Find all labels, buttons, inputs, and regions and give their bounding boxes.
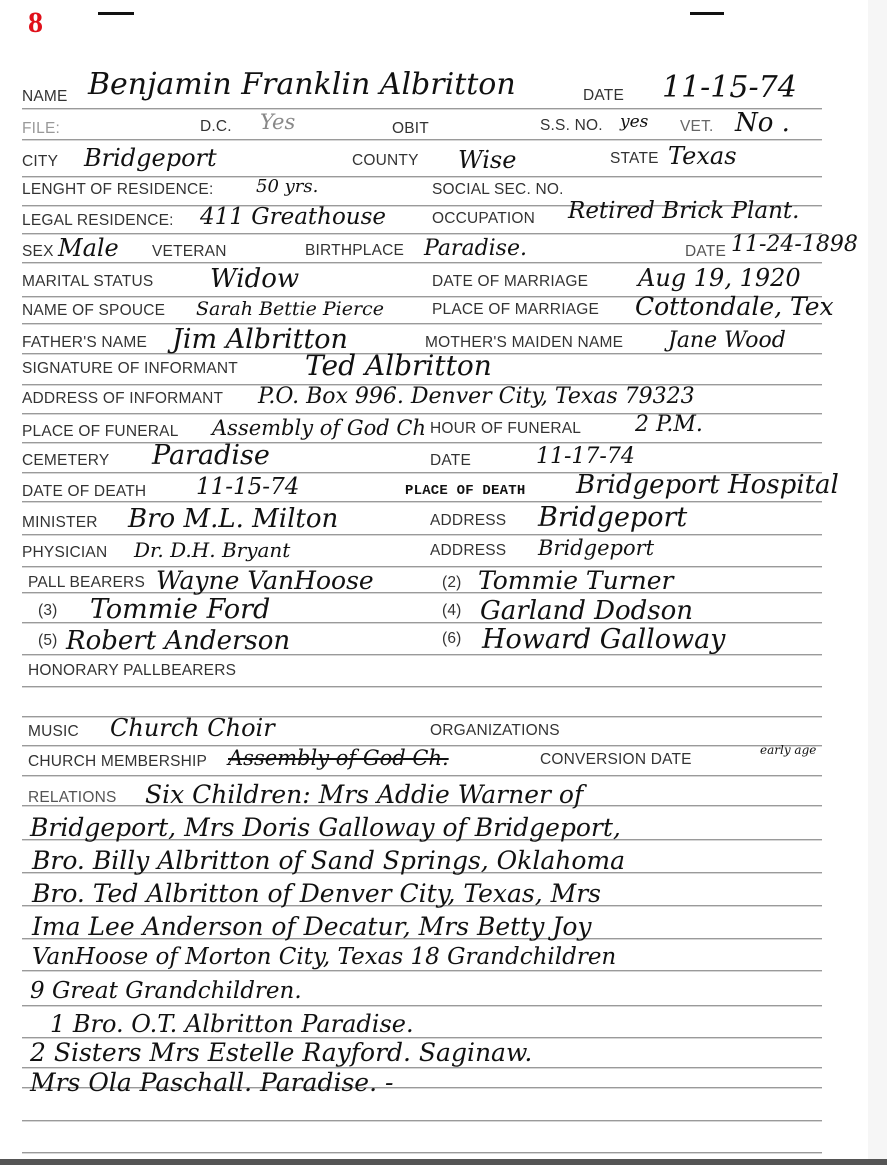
name-label: NAME bbox=[22, 88, 68, 106]
occupation-label: OCCUPATION bbox=[432, 210, 535, 228]
pall-bearer-2-num: (2) bbox=[442, 574, 462, 592]
hour-of-funeral-label: HOUR OF FUNERAL bbox=[430, 420, 581, 438]
place-of-funeral-value: Assembly of God Ch bbox=[212, 418, 426, 439]
city-value: Bridgeport bbox=[84, 146, 217, 170]
length-of-residence-value: 50 yrs. bbox=[256, 178, 318, 196]
relations-line: Bridgeport, Mrs Doris Galloway of Bridge… bbox=[30, 815, 621, 840]
relations-line: Six Children: Mrs Addie Warner of bbox=[145, 782, 583, 807]
scan-edge bbox=[868, 0, 887, 1165]
vet-value: No . bbox=[735, 110, 790, 136]
relations-line: 1 Bro. O.T. Albritton Paradise. bbox=[50, 1012, 414, 1036]
pall-bearer-6: Howard Galloway bbox=[482, 626, 725, 653]
place-of-death-value: Bridgeport Hospital bbox=[576, 472, 839, 498]
cemetery-label: CEMETERY bbox=[22, 452, 109, 470]
physician-label: PHYSICIAN bbox=[22, 544, 107, 562]
conversion-date-value: early age bbox=[760, 744, 816, 756]
scan-bottom-edge bbox=[0, 1159, 887, 1165]
sex-value: Male bbox=[58, 236, 119, 260]
date-of-marriage-label: DATE OF MARRIAGE bbox=[432, 273, 588, 291]
ss-no-value: yes bbox=[620, 114, 648, 131]
church-membership-value: Assembly of God Ch. bbox=[228, 748, 449, 769]
cemetery-date-label: DATE bbox=[430, 452, 471, 470]
conversion-date-label: CONVERSION DATE bbox=[540, 751, 692, 769]
physician-address-label: ADDRESS bbox=[430, 542, 506, 560]
obit-label: OBIT bbox=[392, 120, 429, 138]
date-of-death-value: 11-15-74 bbox=[196, 476, 299, 499]
vet-label: VET. bbox=[680, 118, 714, 136]
organizations-label: ORGANIZATIONS bbox=[430, 722, 560, 740]
place-of-death-label: PLACE OF DEATH bbox=[405, 483, 525, 499]
date-of-marriage-value: Aug 19, 1920 bbox=[638, 266, 801, 290]
length-of-residence-label: LENGHT OF RESIDENCE: bbox=[22, 181, 213, 199]
music-label: MUSIC bbox=[28, 723, 79, 741]
relations-line: Mrs Ola Paschall. Paradise. - bbox=[30, 1070, 393, 1095]
dc-value: Yes bbox=[260, 112, 295, 133]
fathers-name-label: FATHER'S NAME bbox=[22, 334, 147, 352]
pall-bearer-4-num: (4) bbox=[442, 602, 462, 620]
page-number: 8 bbox=[28, 6, 43, 40]
dc-label: D.C. bbox=[200, 118, 232, 136]
sex-label: SEX bbox=[22, 243, 54, 261]
date-value: 11-15-74 bbox=[662, 73, 797, 103]
honorary-pallbearers-label: HONORARY PALLBEARERS bbox=[28, 662, 236, 680]
relations-line: VanHoose of Morton City, Texas 18 Grandc… bbox=[32, 946, 616, 969]
registration-mark bbox=[98, 12, 134, 15]
veteran-label: VETERAN bbox=[152, 243, 227, 261]
pall-bearer-5-num: (5) bbox=[38, 632, 58, 650]
church-membership-label: CHURCH MEMBERSHIP bbox=[28, 753, 207, 771]
minister-label: MINISTER bbox=[22, 514, 98, 532]
pall-bearer-3-num: (3) bbox=[38, 602, 58, 620]
place-of-funeral-label: PLACE OF FUNERAL bbox=[22, 423, 179, 441]
city-label: CITY bbox=[22, 153, 58, 171]
relations-line: 2 Sisters Mrs Estelle Rayford. Saginaw. bbox=[30, 1040, 532, 1065]
pall-bearer-5: Robert Anderson bbox=[66, 628, 290, 654]
pall-bearer-1: Wayne VanHoose bbox=[156, 568, 374, 593]
relations-line: Bro. Billy Albritton of Sand Springs, Ok… bbox=[32, 848, 625, 873]
pall-bearer-4: Garland Dodson bbox=[480, 598, 693, 624]
signature-of-informant-value: Ted Albritton bbox=[305, 352, 492, 380]
marital-status-value: Widow bbox=[210, 266, 299, 292]
registration-mark bbox=[690, 12, 724, 15]
spouse-value: Sarah Bettie Pierce bbox=[196, 300, 384, 319]
legal-residence-label: LEGAL RESIDENCE: bbox=[22, 212, 174, 230]
birth-date-value: 11-24-1898 bbox=[731, 234, 858, 256]
date-label: DATE bbox=[583, 87, 624, 105]
physician-value: Dr. D.H. Bryant bbox=[134, 540, 290, 560]
occupation-value: Retired Brick Plant. bbox=[568, 200, 799, 223]
state-label: STATE bbox=[610, 150, 659, 168]
pall-bearer-2: Tommie Turner bbox=[478, 568, 674, 593]
place-of-marriage-label: PLACE OF MARRIAGE bbox=[432, 301, 599, 319]
file-label: FILE: bbox=[22, 120, 60, 138]
cemetery-value: Paradise bbox=[152, 442, 270, 469]
hour-of-funeral-value: 2 P.M. bbox=[635, 414, 703, 436]
relations-line: Bro. Ted Albritton of Denver City, Texas… bbox=[32, 881, 601, 906]
county-value: Wise bbox=[458, 148, 516, 172]
minister-value: Bro M.L. Milton bbox=[128, 506, 338, 532]
address-of-informant-value: P.O. Box 996. Denver City, Texas 79323 bbox=[258, 386, 695, 408]
pall-bearers-label: PALL BEARERS bbox=[28, 574, 145, 592]
cemetery-date-value: 11-17-74 bbox=[536, 446, 635, 468]
pall-bearer-3: Tommie Ford bbox=[90, 596, 270, 623]
minister-address-value: Bridgeport bbox=[538, 504, 687, 531]
state-value: Texas bbox=[668, 144, 737, 168]
birthplace-label: BIRTHPLACE bbox=[305, 242, 404, 260]
place-of-marriage-value: Cottondale, Tex bbox=[635, 294, 834, 319]
mothers-maiden-name-value: Jane Wood bbox=[668, 330, 786, 352]
minister-address-label: ADDRESS bbox=[430, 512, 506, 530]
name-value: Benjamin Franklin Albritton bbox=[88, 70, 516, 100]
physician-address-value: Bridgeport bbox=[538, 538, 654, 559]
county-label: COUNTY bbox=[352, 152, 419, 170]
address-of-informant-label: ADDRESS OF INFORMANT bbox=[22, 390, 223, 408]
pall-bearer-6-num: (6) bbox=[442, 630, 462, 648]
relations-line: Ima Lee Anderson of Decatur, Mrs Betty J… bbox=[32, 914, 592, 939]
signature-of-informant-label: SIGNATURE OF INFORMANT bbox=[22, 360, 238, 378]
date-of-death-label: DATE OF DEATH bbox=[22, 483, 146, 501]
social-sec-no-label: SOCIAL SEC. NO. bbox=[432, 181, 564, 199]
relations-line: 9 Great Grandchildren. bbox=[30, 980, 302, 1003]
legal-residence-value: 411 Greathouse bbox=[200, 206, 386, 229]
marital-status-label: MARITAL STATUS bbox=[22, 273, 153, 291]
spouse-label: NAME OF SPOUCE bbox=[22, 302, 165, 320]
relations-label: RELATIONS bbox=[28, 789, 117, 807]
ss-no-label: S.S. NO. bbox=[540, 117, 603, 135]
music-value: Church Choir bbox=[110, 716, 275, 740]
birth-date-label: DATE bbox=[685, 243, 726, 261]
birthplace-value: Paradise. bbox=[424, 238, 527, 260]
